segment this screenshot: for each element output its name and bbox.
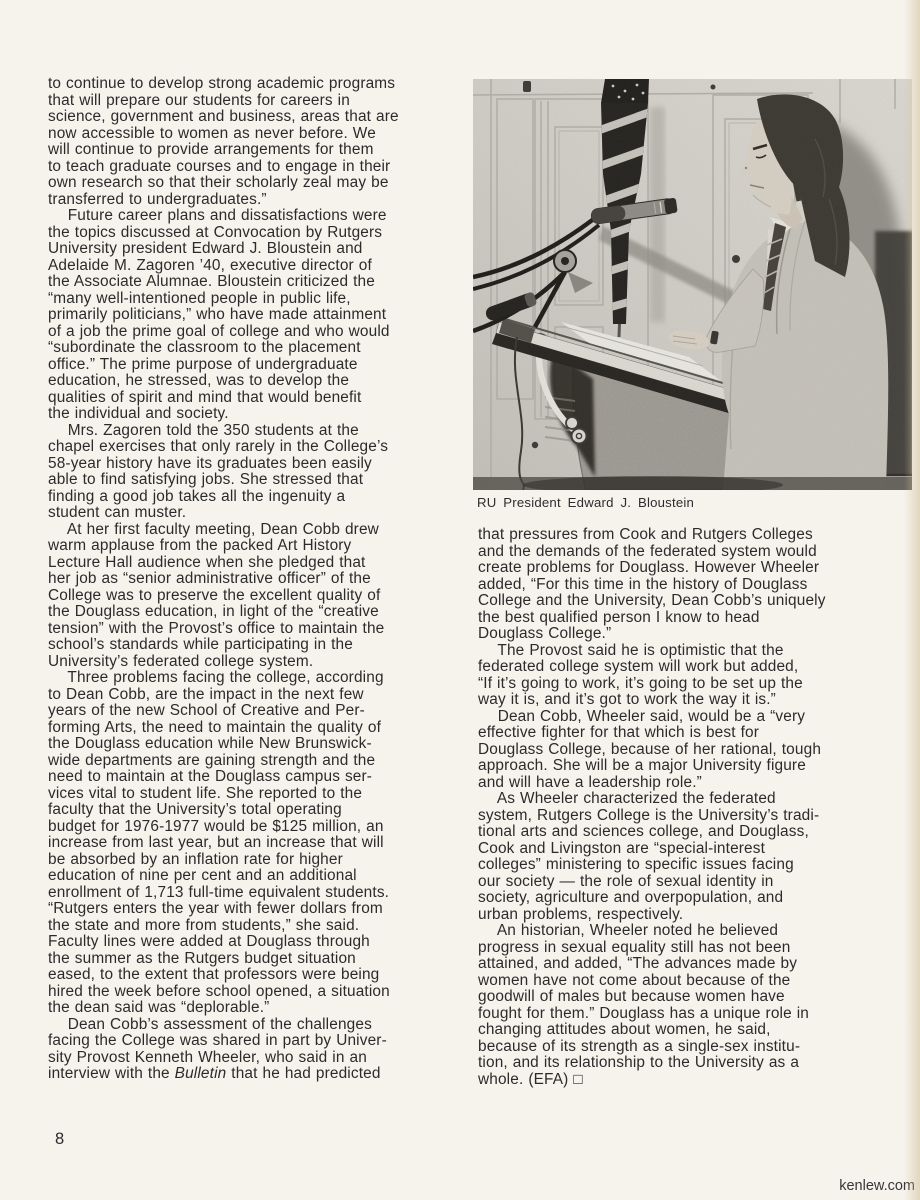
text-line: faculty that the University’s total oper… [48,802,472,819]
text-line: added, “For this time in the history of … [478,577,914,594]
text-line: because of its strength as a single-sex … [478,1039,914,1056]
text-line: Dean Cobb’s assessment of the challenges [48,1017,472,1034]
article-column-left: to continue to develop strong academic p… [48,76,472,1083]
text-line: Douglass College, because of her rationa… [478,742,914,759]
text-line: whole. (EFA) □ [478,1072,914,1089]
text-line: way it is, and it’s got to work the way … [478,692,914,709]
text-line: University’s federated college system. [48,654,472,671]
text-line: Dean Cobb, Wheeler said, would be a “ver… [478,709,914,726]
page-number: 8 [55,1130,64,1149]
photo-illustration [473,79,912,490]
text-line: women have not come about because of the [478,973,914,990]
text-line: the best qualified person I know to head [478,610,914,627]
text-line: progress in sexual equality still has no… [478,940,914,957]
text-line: changing attitudes about women, he said, [478,1022,914,1039]
text-line: society, agriculture and overpopulation,… [478,890,914,907]
text-line: the state and more from students,” she s… [48,918,472,935]
text-line: eased, to the extent that professors wer… [48,967,472,984]
text-line: own research so that their scholarly zea… [48,175,472,192]
text-line: vices vital to student life. She reporte… [48,786,472,803]
text-line: chapel exercises that only rarely in the… [48,439,472,456]
text-line: system, Rutgers College is the Universit… [478,808,914,825]
text-line: enrollment of 1,713 full-time equivalent… [48,885,472,902]
text-line: Douglass College.” [478,626,914,643]
text-line: federated college system will work but a… [478,659,914,676]
text-line: finding a good job takes all the ingenui… [48,489,472,506]
text-line: approach. She will be a major University… [478,758,914,775]
text-line: attained, and added, “The advances made … [478,956,914,973]
text-line: An historian, Wheeler noted he believed [478,923,914,940]
text-line: of a job the prime goal of college and w… [48,324,472,341]
text-line: able to find satisfying jobs. She stress… [48,472,472,489]
text-line: transferred to undergraduates.” [48,192,472,209]
text-line: tension” with the Provost’s office to ma… [48,621,472,638]
text-line: the Douglass education, in light of the … [48,604,472,621]
text-line: Faculty lines were added at Douglass thr… [48,934,472,951]
text-line: that pressures from Cook and Rutgers Col… [478,527,914,544]
text-line: fought for them.” Douglass has a unique … [478,1006,914,1023]
text-line: qualities of spirit and mind that would … [48,390,472,407]
text-line: need to maintain at the Douglass campus … [48,769,472,786]
text-line: “Rutgers enters the year with fewer doll… [48,901,472,918]
text-line: primarily politicians,” who have made at… [48,307,472,324]
text-line: the Douglass education while New Brunswi… [48,736,472,753]
text-line: our society — the role of sexual identit… [478,874,914,891]
text-line: science, government and business, areas … [48,109,472,126]
photo-grain [473,79,912,490]
text-line: sity Provost Kenneth Wheeler, who said i… [48,1050,472,1067]
text-line: urban problems, respectively. [478,907,914,924]
text-line: to teach graduate courses and to engage … [48,159,472,176]
text-line: the individual and society. [48,406,472,423]
text-line: As Wheeler characterized the federated [478,791,914,808]
text-line: hired the week before school opened, a s… [48,984,472,1001]
text-line: education of nine per cent and an additi… [48,868,472,885]
text-line: Mrs. Zagoren told the 350 students at th… [48,423,472,440]
photo-bloustein-speaking [473,79,912,490]
text-line: goodwill of males but because women have [478,989,914,1006]
text-line: The Provost said he is optimistic that t… [478,643,914,660]
text-line: budget for 1976-1977 would be $125 milli… [48,819,472,836]
text-line: At her first faculty meeting, Dean Cobb … [48,522,472,539]
text-line: Cook and Livingston are “special-interes… [478,841,914,858]
text-line: College was to preserve the excellent qu… [48,588,472,605]
text-line: 58-year history have its graduates been … [48,456,472,473]
text-line: “If it’s going to work, it’s going to be… [478,676,914,693]
text-line: “subordinate the classroom to the placem… [48,340,472,357]
text-line: tion, and its relationship to the Univer… [478,1055,914,1072]
text-line: the dean said was “deplorable.” [48,1000,472,1017]
text-line: Adelaide M. Zagoren ’40, executive direc… [48,258,472,275]
text-line: Three problems facing the college, accor… [48,670,472,687]
text-line: be absorbed by an inflation rate for hig… [48,852,472,869]
text-line: now accessible to women as never before.… [48,126,472,143]
text-line: the summer as the Rutgers budget situati… [48,951,472,968]
text-line: “many well-intentioned people in public … [48,291,472,308]
text-line: will continue to provide arrangements fo… [48,142,472,159]
text-line: colleges” ministering to specific issues… [478,857,914,874]
article-column-right: that pressures from Cook and Rutgers Col… [478,527,914,1088]
text-line: the Associate Alumnae. Bloustein critici… [48,274,472,291]
text-line: years of the new School of Creative and … [48,703,472,720]
magazine-page: to continue to develop strong academic p… [0,0,920,1200]
text-line: her job as “senior administrative office… [48,571,472,588]
text-line: and the demands of the federated system … [478,544,914,561]
text-line: forming Arts, the need to maintain the q… [48,720,472,737]
text-line: wide departments are gaining strength an… [48,753,472,770]
text-line: effective fighter for that which is best… [478,725,914,742]
text-line: to Dean Cobb, are the impact in the next… [48,687,472,704]
photo-caption: RU President Edward J. Bloustein [477,495,694,510]
text-line: University president Edward J. Bloustein… [48,241,472,258]
text-line: interview with the Bulletin that he had … [48,1066,472,1083]
text-line: create problems for Douglass. However Wh… [478,560,914,577]
text-line: Lecture Hall audience when she pledged t… [48,555,472,572]
text-line: to continue to develop strong academic p… [48,76,472,93]
text-line: Future career plans and dissatisfactions… [48,208,472,225]
text-line: increase from last year, but an increase… [48,835,472,852]
text-line: facing the College was shared in part by… [48,1033,472,1050]
text-line: tional arts and sciences college, and Do… [478,824,914,841]
text-line: and will have a leadership role.” [478,775,914,792]
text-line: that will prepare our students for caree… [48,93,472,110]
text-line: school’s standards while participating i… [48,637,472,654]
watermark: kenlew.com [839,1178,915,1194]
text-line: College and the University, Dean Cobb’s … [478,593,914,610]
text-line: education, he stressed, was to develop t… [48,373,472,390]
text-line: office.” The prime purpose of undergradu… [48,357,472,374]
text-line: the topics discussed at Convocation by R… [48,225,472,242]
text-line: student can muster. [48,505,472,522]
text-line: warm applause from the packed Art Histor… [48,538,472,555]
